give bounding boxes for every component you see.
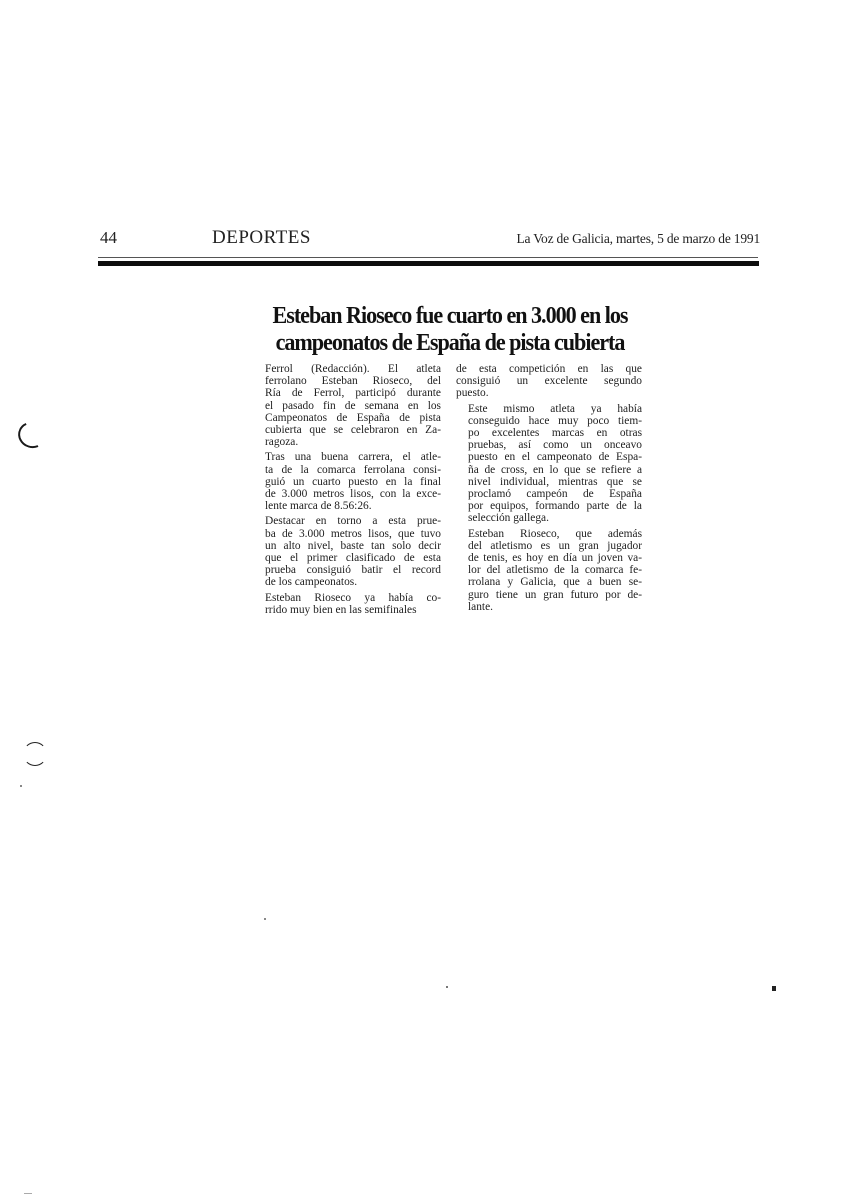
text-line: un alto nivel, baste tan solo decir bbox=[253, 540, 441, 552]
section-name: DEPORTES bbox=[212, 227, 311, 249]
text-line: lante. bbox=[456, 601, 642, 613]
text-line: pruebas, así como un onceavo bbox=[456, 439, 642, 451]
text-line: ferrolano Esteban Rioseco, del bbox=[253, 375, 441, 387]
article-paragraph: Este mismo atleta ya habíaconseguido hac… bbox=[456, 403, 642, 525]
text-line: de los campeonatos. bbox=[253, 576, 441, 588]
text-line: Ría de Ferrol, participó durante bbox=[253, 387, 441, 399]
scan-speck bbox=[446, 986, 448, 988]
text-line: Esteban Rioseco ya había co- bbox=[253, 592, 441, 604]
article-column-2: de esta competición en las queconsiguió … bbox=[456, 363, 642, 616]
text-line: ragoza. bbox=[253, 436, 441, 448]
article-paragraph: Esteban Rioseco, que ademásdel atletismo… bbox=[456, 528, 642, 613]
text-line: ña de cross, en lo que se refiere a bbox=[456, 464, 642, 476]
article-paragraph: de esta competición en las queconsiguió … bbox=[456, 363, 642, 400]
header-rule-thick bbox=[98, 261, 759, 266]
text-line: Esteban Rioseco, que además bbox=[456, 528, 642, 540]
article-paragraph: Destacar en torno a esta prue-ba de 3.00… bbox=[253, 515, 441, 588]
text-line: puesto. bbox=[456, 387, 642, 399]
text-line: Tras una buena carrera, el atle- bbox=[253, 451, 441, 463]
text-line: selección gallega. bbox=[456, 512, 642, 524]
text-line: conseguido hace muy poco tiem- bbox=[456, 415, 642, 427]
text-line: nivel individual, mientras que se bbox=[456, 476, 642, 488]
scan-speck bbox=[24, 1193, 32, 1194]
text-line: po excelentes marcas en otras bbox=[456, 427, 642, 439]
text-line: ba de 3.000 metros lisos, que tuvo bbox=[253, 528, 441, 540]
text-line: Campeonatos de España de pista bbox=[253, 412, 441, 424]
text-line: rrolana y Galicia, que a buen se- bbox=[456, 576, 642, 588]
page-header: 44 DEPORTES La Voz de Galicia, martes, 5… bbox=[98, 228, 760, 250]
text-line: cubierta que se celebraron en Za- bbox=[253, 424, 441, 436]
article-paragraph: Tras una buena carrera, el atle-ta de la… bbox=[253, 451, 441, 512]
text-line: lor del atletismo de la comarca fe- bbox=[456, 564, 642, 576]
text-line: proclamó campeón de España bbox=[456, 488, 642, 500]
text-line: Destacar en torno a esta prue- bbox=[253, 515, 441, 527]
article-paragraph: Esteban Rioseco ya había co-rrido muy bi… bbox=[253, 592, 441, 616]
text-line: de esta competición en las que bbox=[456, 363, 642, 375]
headline-line-1: Esteban Rioseco fue cuarto en 3.000 en l… bbox=[257, 303, 643, 330]
header-rule-thin bbox=[98, 257, 758, 258]
text-line: de 3.000 metros lisos, con la exce- bbox=[253, 488, 441, 500]
page-number: 44 bbox=[100, 228, 117, 248]
text-line: del atletismo es un gran jugador bbox=[456, 540, 642, 552]
text-line: rrido muy bien en las semifinales bbox=[253, 604, 441, 616]
text-line: puesto en el campeonato de Espa- bbox=[456, 451, 642, 463]
text-line: consiguió un excelente segundo bbox=[456, 375, 642, 387]
text-line: que el primer clasificado de esta bbox=[253, 552, 441, 564]
scan-speck bbox=[20, 785, 22, 787]
text-line: ta de la comarca ferrolana consi- bbox=[253, 464, 441, 476]
scan-speck bbox=[772, 986, 776, 991]
scan-speck bbox=[264, 918, 266, 920]
text-line: guro tiene un gran futuro por de- bbox=[456, 589, 642, 601]
text-line: Ferrol (Redacción). El atleta bbox=[253, 363, 441, 375]
text-line: prueba consiguió batir el record bbox=[253, 564, 441, 576]
article-paragraph: Ferrol (Redacción). El atletaferrolano E… bbox=[253, 363, 441, 448]
headline-line-2: campeonatos de España de pista cubierta bbox=[257, 330, 643, 357]
article-headline: Esteban Rioseco fue cuarto en 3.000 en l… bbox=[257, 303, 643, 357]
text-line: Este mismo atleta ya había bbox=[456, 403, 642, 415]
text-line: de tenis, es hoy en día un joven va- bbox=[456, 552, 642, 564]
article-column-1: Ferrol (Redacción). El atletaferrolano E… bbox=[253, 363, 441, 619]
text-line: lente marca de 8.56:26. bbox=[253, 500, 441, 512]
text-line: guió un cuarto puesto en la final bbox=[253, 476, 441, 488]
text-line: por equipos, formando parte de la bbox=[456, 500, 642, 512]
text-line: el pasado fin de semana en los bbox=[253, 400, 441, 412]
binder-hole-mark bbox=[14, 418, 49, 452]
binder-hole-mark bbox=[23, 742, 47, 766]
dateline: La Voz de Galicia, martes, 5 de marzo de… bbox=[516, 230, 760, 248]
